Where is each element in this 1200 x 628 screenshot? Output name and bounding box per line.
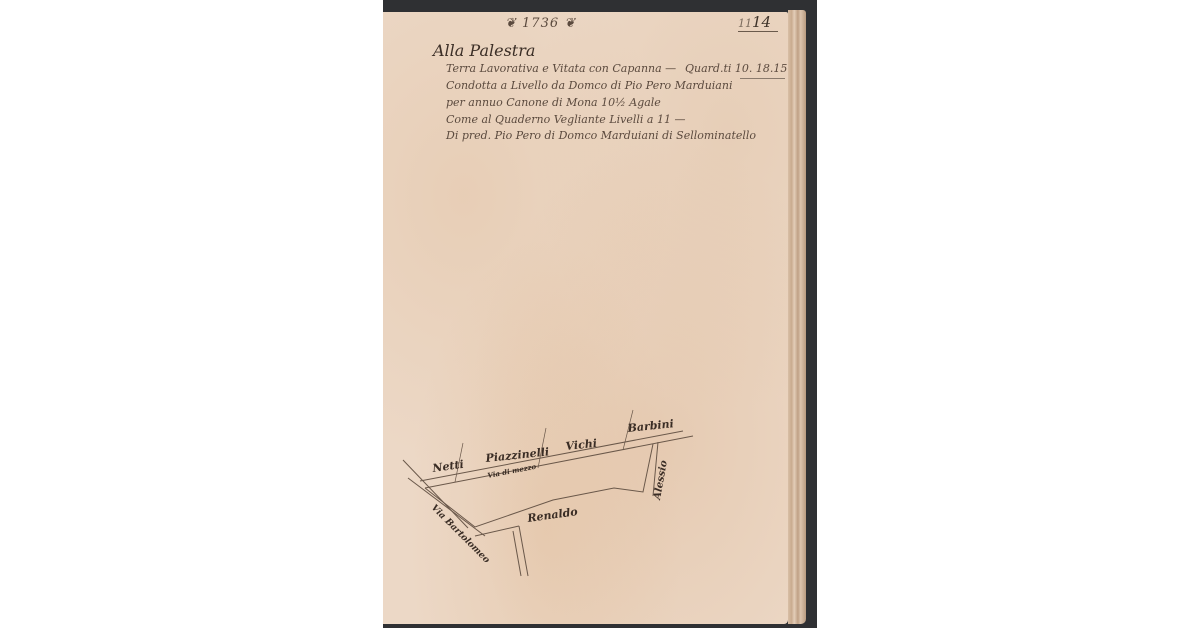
folio-number: 1114 [738, 13, 771, 31]
entry-line-3: per annuo Canone di Mona 10½ Agale [446, 96, 661, 109]
entry-heading: Alla Palestra [433, 41, 535, 60]
entry-line-2: Condotta a Livello da Domco di Pio Pero … [446, 79, 732, 92]
label-renaldo: Renaldo [526, 505, 579, 525]
road-top-lower-line [425, 436, 693, 488]
page-stack-edges [788, 10, 806, 624]
road-top-upper-line [420, 431, 683, 481]
folio-prefix: 11 [738, 17, 752, 30]
entry-line-4: Come al Quaderno Vegliante Livelli a 11 … [446, 113, 685, 126]
label-vichi: Vichi [565, 437, 598, 453]
entry-line-1: Terra Lavorativa e Vitata con Capanna — [446, 62, 676, 75]
label-barbini: Barbini [626, 417, 674, 435]
folio-underline [738, 31, 778, 32]
label-netti: Netti [431, 458, 465, 475]
label-alessio: Alessio [652, 459, 670, 501]
plot-map: Netti Piazzinelli Vichi Barbini Via di m… [383, 400, 788, 600]
lower-lane-right [519, 526, 528, 576]
measure-underline [740, 78, 785, 79]
entry-line-5: Di pred. Pio Pero di Domco Marduiani di … [446, 129, 756, 142]
lower-lane-left [513, 531, 521, 576]
area-measure: Quard.ti 10. 18.15 [685, 62, 787, 75]
folio-value: 14 [752, 13, 771, 31]
year-header: ❦ 1736 ❦ [505, 16, 576, 31]
label-via-di-mezzo: Via di mezzo [487, 462, 538, 480]
plot-map-drawing: Netti Piazzinelli Vichi Barbini Via di m… [383, 400, 788, 600]
lower-lane-top [475, 526, 519, 536]
